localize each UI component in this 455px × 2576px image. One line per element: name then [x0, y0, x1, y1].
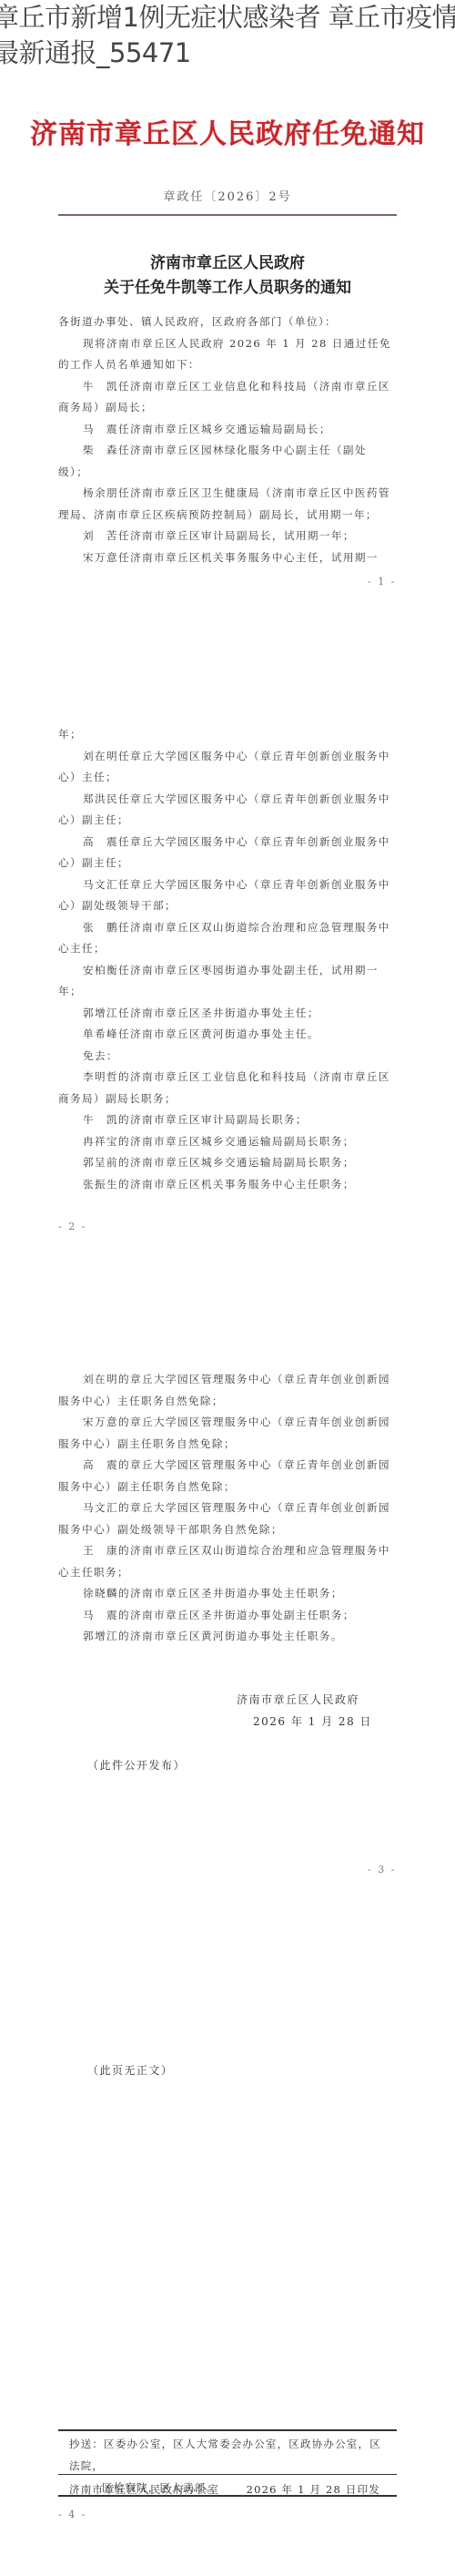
removal-item: 徐晓麟的济南市章丘区圣井街道办事处主任职务； [58, 1583, 397, 1605]
appointment-item: 郭增江任济南市章丘区圣井街道办事处主任； [58, 1003, 397, 1025]
blank-page-note: （此页无正文） [87, 2062, 174, 2078]
removal-item: 宋万意的章丘大学园区管理服务中心（章丘青年创业创新园服务中心）副主任职务自然免除… [58, 1412, 397, 1455]
appointment-item: 安柏衡任济南市章丘区枣园街道办事处副主任，试用期一年； [58, 960, 397, 1003]
appointment-item: 高 震任章丘大学园区服务中心（章丘青年创新创业服务中心）副主任； [58, 832, 397, 874]
signature-org: 济南市章丘区人民政府 [237, 1689, 372, 1711]
removal-item: 郭增江的济南市章丘区黄河街道办事处主任职务。 [58, 1626, 397, 1648]
header-divider [58, 214, 397, 216]
removal-item: 郭呈前的济南市章丘区城乡交通运输局副局长职务； [58, 1152, 397, 1174]
appointment-item: 杨余朋任济南市章丘区卫生健康局（济南市章丘区中医药管理局、济南市章丘区疾病预防控… [58, 483, 397, 526]
document-title: 济南市章丘区人民政府 关于任免牛凯等工作人员职务的通知 [0, 251, 455, 301]
appointment-item: 张 鹏任济南市章丘区双山街道综合治理和应急管理服务中心主任； [58, 917, 397, 960]
issuer-bottom-rule [58, 2495, 397, 2497]
continuation-text: 年； [58, 724, 397, 746]
removal-item: 王 康的济南市章丘区双山街道综合治理和应急管理服务中心主任职务； [58, 1540, 397, 1583]
intro-paragraph: 现将济南市章丘区人民政府 2026 年 1 月 28 日通过任免的工作人员名单通… [58, 333, 397, 376]
appointment-item: 刘在明任章丘大学园区服务中心（章丘青年创新创业服务中心）主任； [58, 746, 397, 789]
appointment-item: 马文汇任章丘大学园区服务中心（章丘青年创新创业服务中心）副处级领导干部； [58, 874, 397, 917]
appointment-item: 马 震任济南市章丘区城乡交通运输局副局长； [58, 419, 397, 441]
removal-item: 刘在明的章丘大学园区管理服务中心（章丘青年创业创新园服务中心）主任职务自然免除； [58, 1369, 397, 1412]
page3-body: 刘在明的章丘大学园区管理服务中心（章丘青年创业创新园服务中心）主任职务自然免除；… [58, 1369, 397, 1648]
appointment-item: 刘 苦任济南市章丘区审计局副局长，试用期一年； [58, 526, 397, 547]
removal-item: 马文汇的章丘大学园区管理服务中心（章丘青年创业创新园服务中心）副处级领导干部职务… [58, 1498, 397, 1540]
removal-item: 李明哲的济南市章丘区工业信息化和科技局（济南市章丘区商务局）副局长职务； [58, 1067, 397, 1109]
removal-item: 牛 凯的济南市章丘区审计局副局长职务； [58, 1109, 397, 1131]
article-title-line2: 最新通报_55471 [0, 36, 455, 71]
page1-body: 各街道办事处、镇人民政府，区政府各部门（单位）： 现将济南市章丘区人民政府 20… [58, 312, 397, 568]
removal-item: 冉祥宝的济南市章丘区城乡交通运输局副局长职务； [58, 1131, 397, 1153]
page-number-4: - 4 - [58, 2509, 86, 2520]
page2-body: 年； 刘在明任章丘大学园区服务中心（章丘青年创新创业服务中心）主任； 郑洪民任章… [58, 724, 397, 1195]
removal-heading: 免去： [58, 1046, 397, 1068]
removal-item: 高 震的章丘大学园区管理服务中心（章丘青年创业创新园服务中心）副主任职务自然免除… [58, 1455, 397, 1498]
page-number-3: - 3 - [368, 1864, 396, 1876]
page-number-2: - 2 - [58, 1221, 86, 1232]
signature-block: 济南市章丘区人民政府 2026 年 1 月 28 日 [237, 1689, 372, 1733]
document-number: 章政任〔2026〕2号 [0, 187, 455, 204]
appointment-item: 郑洪民任章丘大学园区服务中心（章丘青年创新创业服务中心）副主任； [58, 789, 397, 832]
signature-date: 2026 年 1 月 28 日 [237, 1711, 372, 1733]
article-title: 章丘市新增1例无症状感染者 章丘市疫情防控 最新通报_55471 [0, 0, 455, 71]
appointment-item: 牛 凯任济南市章丘区工业信息化和科技局（济南市章丘区商务局）副局长； [58, 376, 397, 419]
document-title-line2: 关于任免牛凯等工作人员职务的通知 [0, 276, 455, 301]
public-release-note: （此件公开发布） [87, 1757, 186, 1773]
article-title-line1: 章丘市新增1例无症状感染者 章丘市疫情防控 [0, 2, 455, 33]
removal-item: 马 震的济南市章丘区圣井街道办事处副主任职务； [58, 1605, 397, 1627]
appointment-item: 柴 森任济南市章丘区园林绿化服务中心副主任（副处级）； [58, 440, 397, 483]
salutation: 各街道办事处、镇人民政府，区政府各部门（单位）： [58, 312, 397, 333]
cc-label: 抄送： [69, 2438, 104, 2450]
document-title-line1: 济南市章丘区人民政府 [0, 251, 455, 276]
appointment-item: 宋万意任济南市章丘区机关事务服务中心主任，试用期一 [58, 547, 397, 569]
red-header: 济南市章丘区人民政府任免通知 [0, 111, 455, 151]
cc-top-rule [58, 2429, 397, 2431]
removal-item: 张振生的济南市章丘区机关事务服务中心主任职务； [58, 1174, 397, 1196]
cc-bottom-rule [58, 2474, 397, 2475]
page-number-1: - 1 - [368, 576, 396, 588]
appointment-item: 单希峰任济南市章丘区黄河街道办事处主任。 [58, 1024, 397, 1046]
cc-line1: 区委办公室，区人大常委会办公室，区政协办公室，区法院， [69, 2438, 381, 2472]
